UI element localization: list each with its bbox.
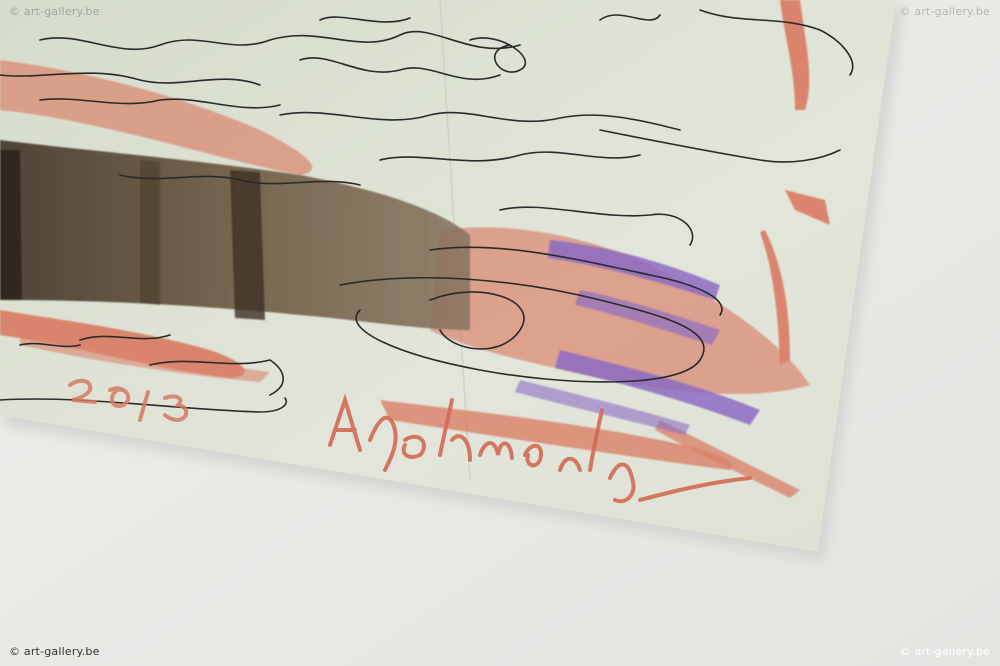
watermark-bottom-right: © art-gallery.be: [899, 645, 990, 658]
artwork-photo: [0, 0, 1000, 666]
watermark-top-right: © art-gallery.be: [899, 5, 990, 18]
watermark-bottom-left: © art-gallery.be: [9, 645, 100, 658]
watermark-top-left: © art-gallery.be: [9, 5, 100, 18]
